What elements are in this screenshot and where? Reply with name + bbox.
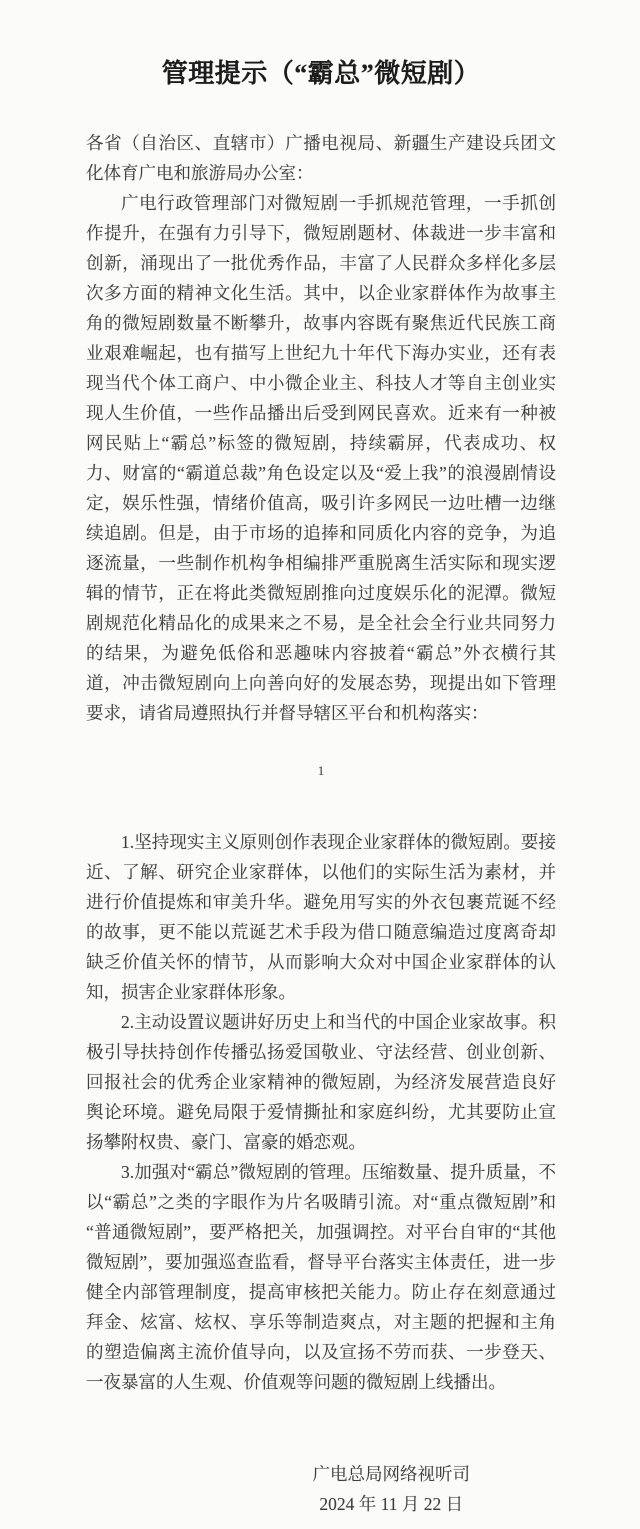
salutation-line: 各省（自治区、直辖市）广播电视局、新疆生产建设兵团文化体育广电和旅游局办公室： xyxy=(86,128,556,188)
document-page: 管理提示（“霸总”微短剧） 各省（自治区、直辖市）广播电视局、新疆生产建设兵团文… xyxy=(0,0,640,1529)
page-number: 1 xyxy=(86,756,556,786)
intro-paragraph: 广电行政管理部门对微短剧一手抓规范管理，一手抓创作提升，在强有力引导下，微短剧题… xyxy=(86,188,556,728)
directive-item-3: 3.加强对“霸总”微短剧的管理。压缩数量、提升质量，不以“霸总”之类的字眼作为片… xyxy=(86,1157,556,1397)
date-line: 2024 年 11 月 22 日 xyxy=(313,1489,471,1519)
document-title: 管理提示（“霸总”微短剧） xyxy=(86,56,556,92)
signature-line: 广电总局网络视听司 xyxy=(313,1459,471,1489)
directive-item-2: 2.主动设置议题讲好历史上和当代的中国企业家故事。积极引导扶持创作传播弘扬爱国敬… xyxy=(86,1007,556,1157)
signature-block: 广电总局网络视听司 2024 年 11 月 22 日 xyxy=(86,1459,556,1519)
directive-item-1: 1.坚持现实主义原则创作表现企业家群体的微短剧。要接近、了解、研究企业家群体，以… xyxy=(86,827,556,1007)
